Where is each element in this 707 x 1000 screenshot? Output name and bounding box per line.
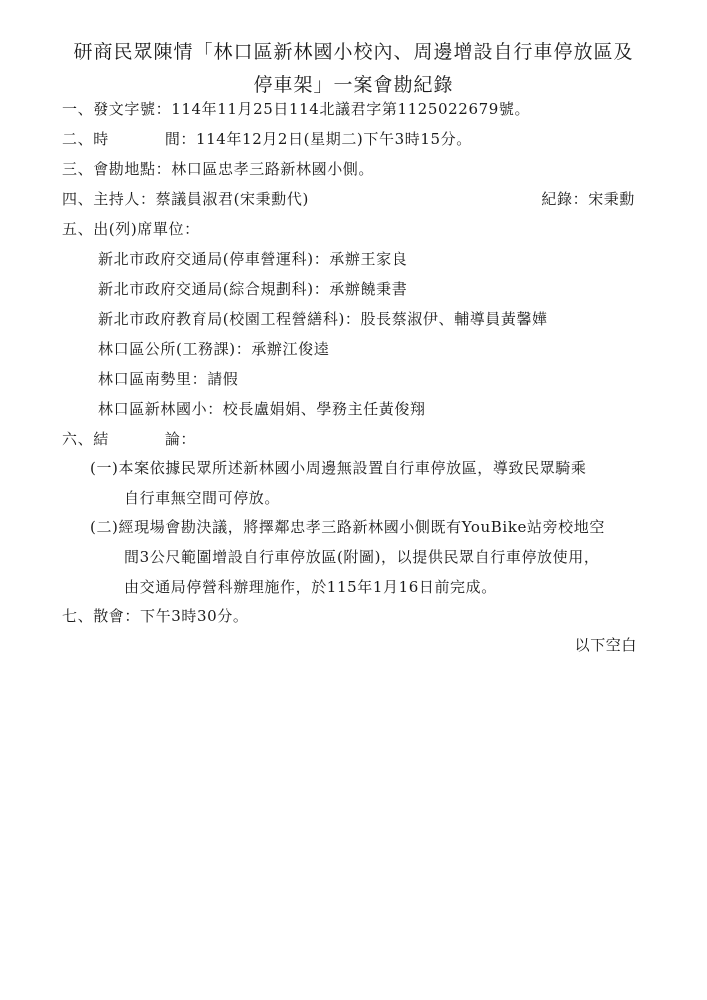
time-value: 114年12月2日(星期二)下午3時15分。 [196,130,472,148]
doc-number-label: 一、發文字號： [62,100,171,118]
attendees-label: 五、出(列)席單位： [62,218,200,240]
conclusion-label-row: 六、結論： [62,428,196,450]
time-row: 二、時間：114年12月2日(星期二)下午3時15分。 [62,128,472,150]
document-page: 研商民眾陳情「林口區新林國小校內、周邊增設自行車停放區及 停車架」一案會勘紀錄 … [0,0,707,1000]
doc-number-value: 114年11月25日114北議君字第1125022679號。 [171,100,530,118]
doc-number-row: 一、發文字號：114年11月25日114北議君字第1125022679號。 [62,98,530,120]
attendee-item: 林口區新林國小：校長盧娟娟、學務主任黃俊翔 [98,398,426,420]
conclusion-point-1-line-1: (一)本案依據民眾所述新林國小周邊無設置自行車停放區，導致民眾騎乘 [90,457,587,479]
host-value: 蔡議員淑君(宋秉勳代) [156,190,309,208]
time-label-a: 二、時 [62,130,109,148]
attendee-item: 新北市政府教育局(校園工程營繕科)：股長蔡淑伊、輔導員黃馨嬅 [98,308,548,330]
conclusion-point-2-line-3: 由交通局停營科辦理施作，於115年1月16日前完成。 [124,576,497,598]
title-line-1: 研商民眾陳情「林口區新林國小校內、周邊增設自行車停放區及 [0,36,707,68]
conclusion-label-b: 論： [165,430,196,448]
host-label: 四、主持人： [62,190,156,208]
conclusion-point-2-line-2: 間3公尺範圍增設自行車停放區(附圖)，以提供民眾自行車停放使用， [124,546,599,568]
host-row: 四、主持人：蔡議員淑君(宋秉勳代) [62,188,309,210]
attendee-item: 新北市政府交通局(綜合規劃科)：承辦饒秉書 [98,278,407,300]
location-label: 三、會勘地點： [62,160,171,178]
conclusion-label-a: 六、結 [62,430,109,448]
attendee-item: 林口區南勢里：請假 [98,368,238,390]
adjourn-row: 七、散會：下午3時30分。 [62,605,248,627]
attendee-item: 林口區公所(工務課)：承辦江俊逵 [98,338,329,360]
conclusion-point-2-line-1: (二)經現場會勘決議，將擇鄰忠孝三路新林國小側既有YouBike站旁校地空 [90,516,605,538]
end-note: 以下空白 [575,634,637,656]
title-line-2: 停車架」一案會勘紀錄 [0,69,707,101]
adjourn-label: 七、散會： [62,607,140,625]
attendee-item: 新北市政府交通局(停車營運科)：承辦王家良 [98,248,407,270]
location-value: 林口區忠孝三路新林國小側。 [171,160,374,178]
recorder: 紀錄：宋秉勳 [541,188,635,210]
time-label-b: 間： [165,130,196,148]
location-row: 三、會勘地點：林口區忠孝三路新林國小側。 [62,158,374,180]
adjourn-value: 下午3時30分。 [140,607,248,625]
conclusion-point-1-line-2: 自行車無空間可停放。 [124,487,280,509]
